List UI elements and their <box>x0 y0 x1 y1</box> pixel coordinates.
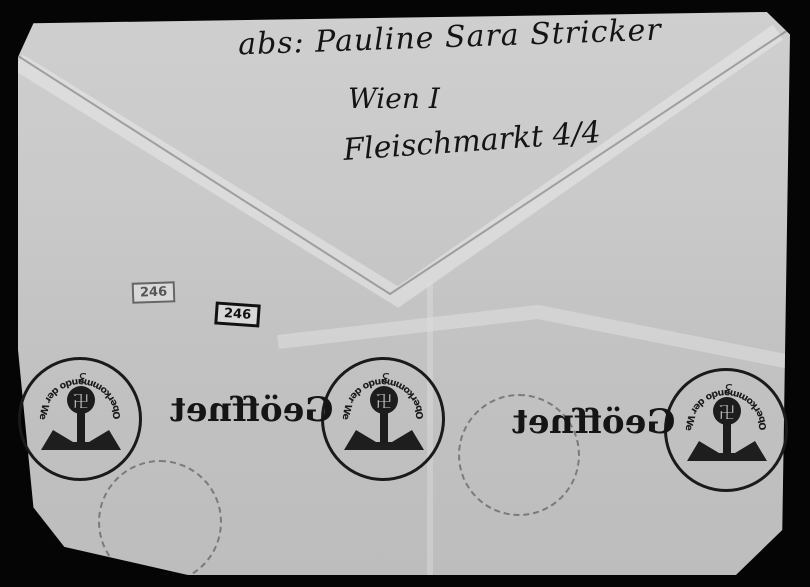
opened-mark: Geöffnet <box>512 402 675 442</box>
stamp-number: 3 <box>382 369 390 384</box>
stamp-number: 3 <box>725 380 733 395</box>
censor-stamp: Oberkommando der Wehrmacht 卍 3 <box>664 368 788 492</box>
opened-mark: Geöffnet <box>170 390 333 430</box>
censor-number-box: 246 <box>132 281 176 303</box>
censor-number-box: 246 <box>214 301 261 327</box>
censor-stamp: Oberkommando der Wehrmacht 卍 3 <box>18 357 142 481</box>
sender-city: Wien I <box>348 82 440 115</box>
faint-postmark <box>98 460 222 584</box>
stamp-number: 3 <box>79 369 87 384</box>
eagle-body-icon <box>723 421 731 453</box>
swastika-wreath-icon: 卍 <box>67 386 95 414</box>
swastika-wreath-icon: 卍 <box>713 397 741 425</box>
swastika-wreath-icon: 卍 <box>370 386 398 414</box>
eagle-body-icon <box>380 410 388 442</box>
eagle-body-icon <box>77 410 85 442</box>
envelope: abs: Pauline Sara Stricker Wien I Fleisc… <box>18 12 790 575</box>
censor-stamp: Oberkommando der Wehrmacht 卍 3 <box>321 357 445 481</box>
